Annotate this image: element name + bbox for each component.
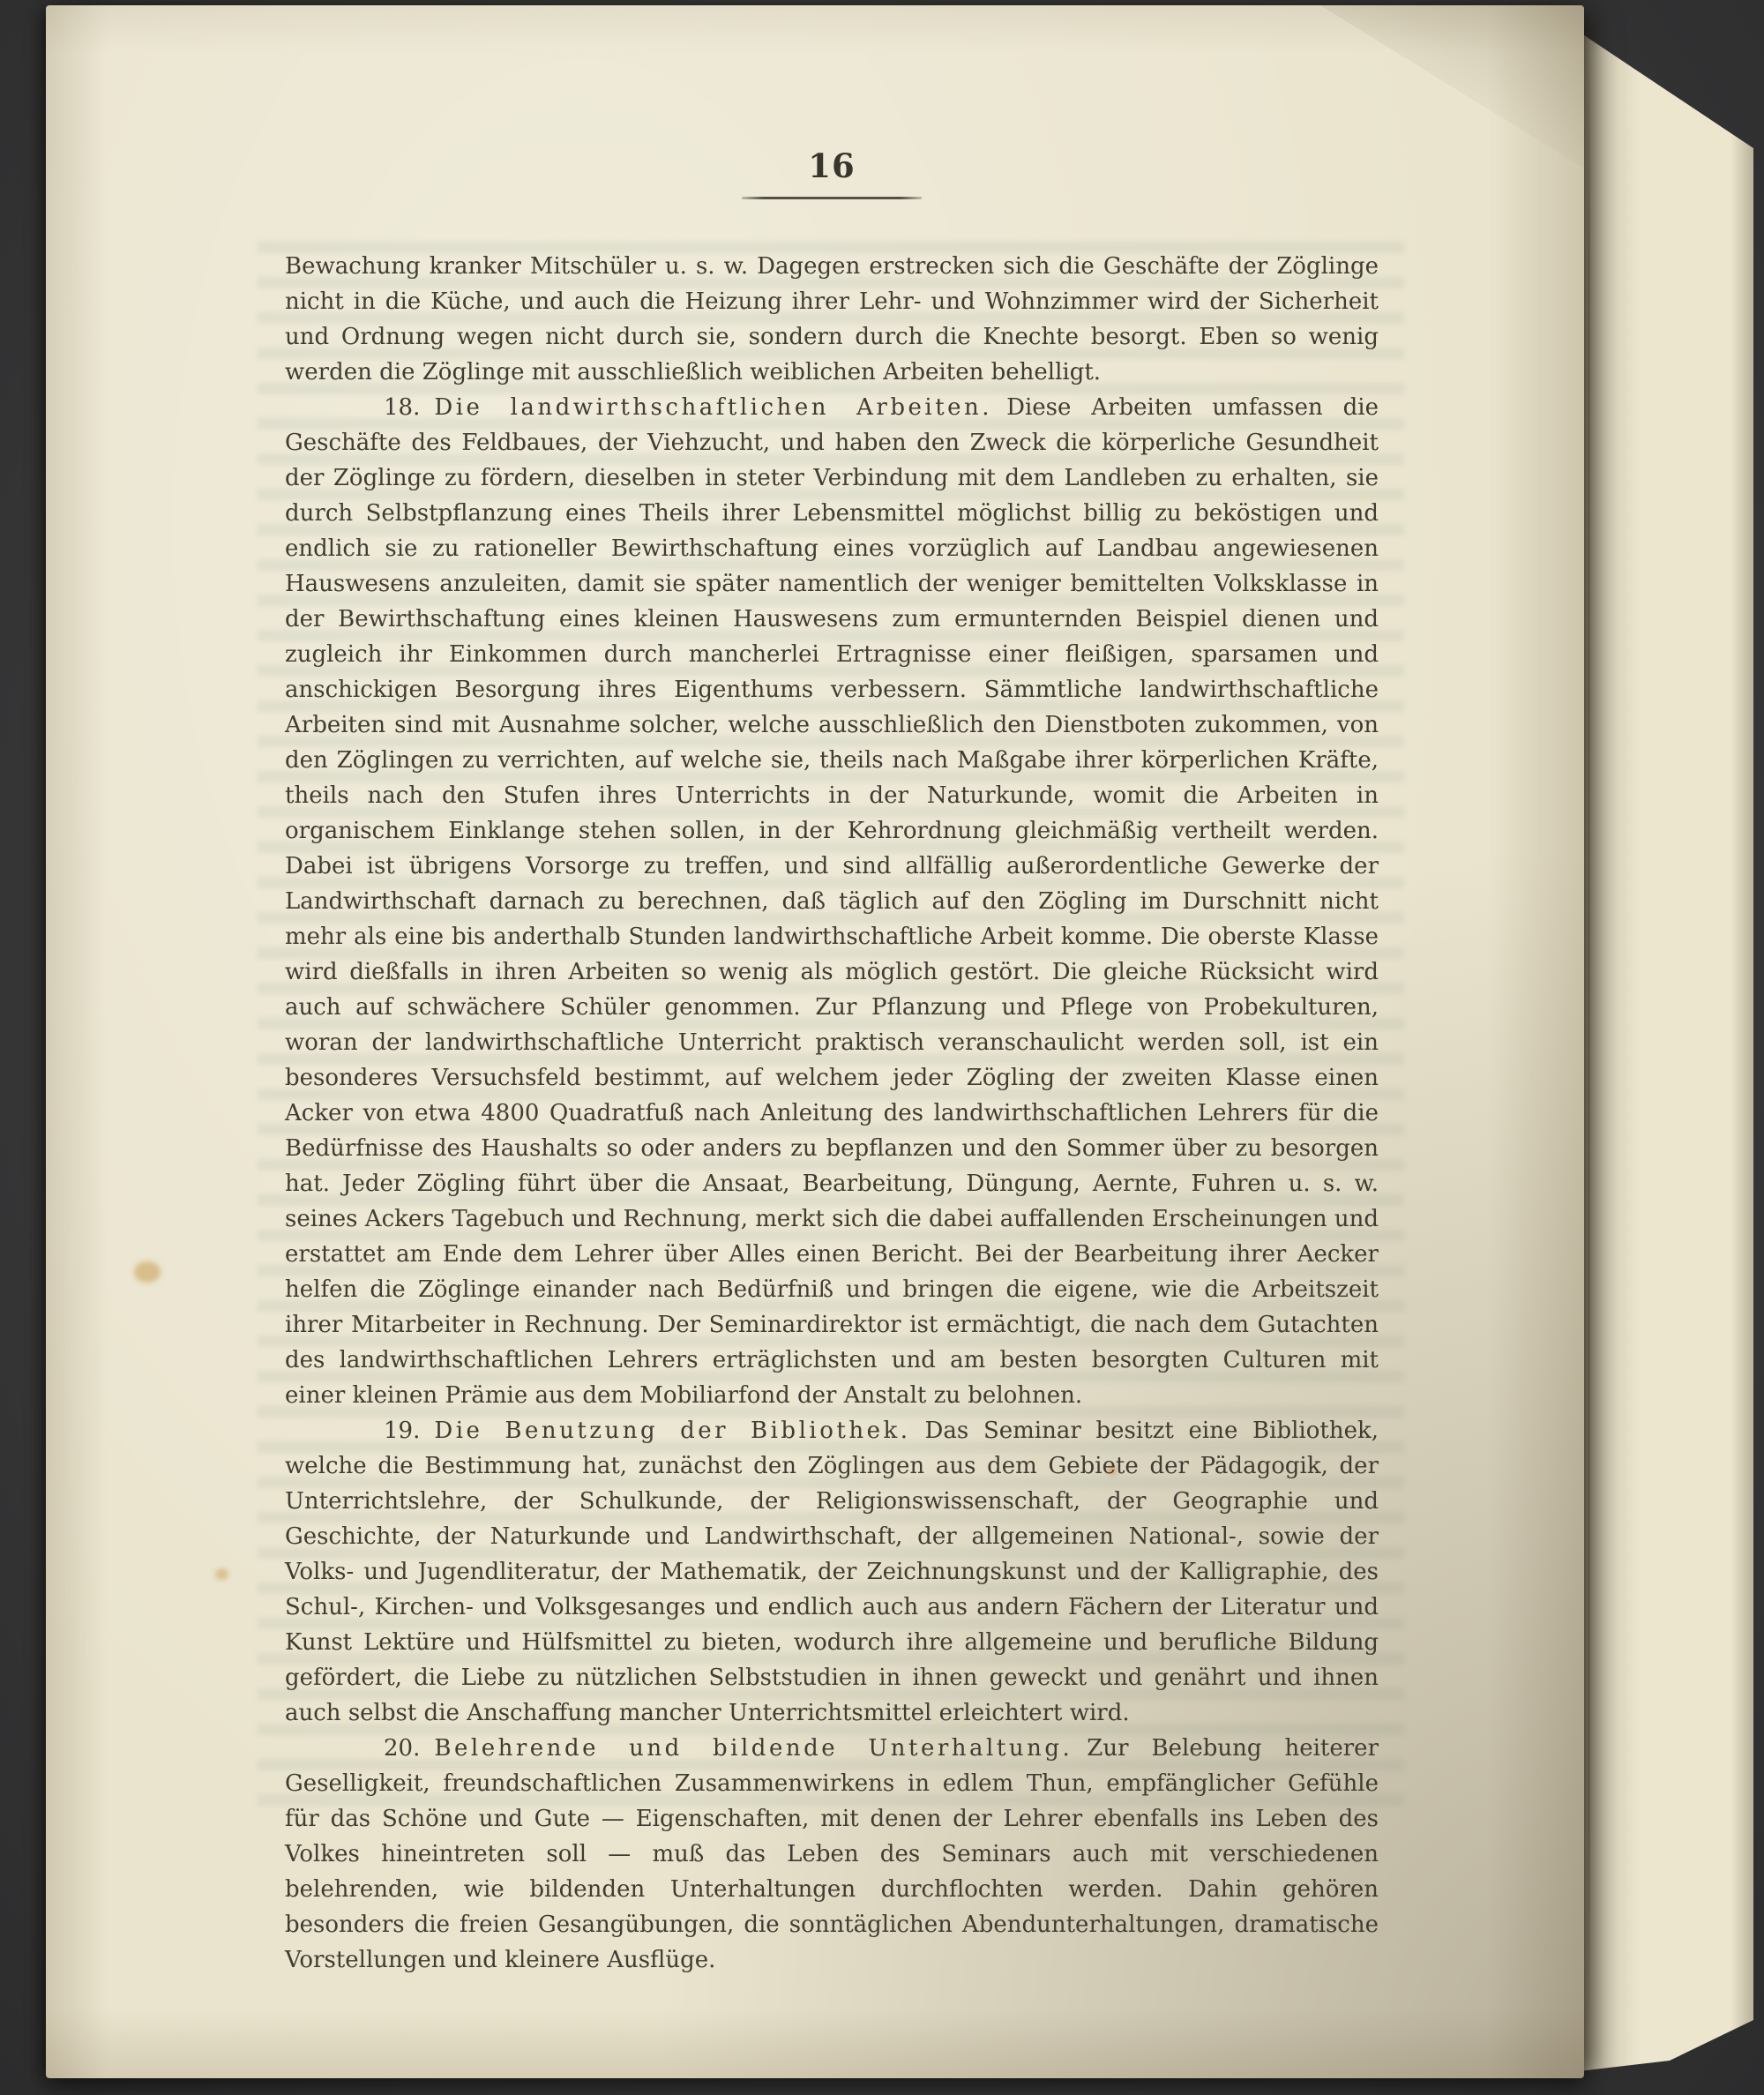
stain-spot [134, 1261, 161, 1283]
photo-backdrop: 16 Bewachung kranker Mitschüler u. s. w.… [0, 0, 1764, 2095]
page-number-rule [742, 197, 922, 199]
stain-spot [215, 1568, 228, 1580]
section-body: Das Seminar besitzt eine Bibliothek, wel… [285, 1418, 1379, 1726]
section-title: Belehrende und bildende Unterhaltung. [434, 1735, 1073, 1762]
section-body: Zur Belebung heiterer Geselligkeit, freu… [285, 1735, 1379, 1973]
paragraph-continuation: Bewachung kranker Mitschüler u. s. w. Da… [285, 249, 1379, 390]
section-paragraph-20: 20.Belehrende und bildende Unterhaltung.… [285, 1731, 1379, 1978]
page-number: 16 [285, 150, 1379, 183]
section-body: Diese Arbeiten umfassen die Geschäfte de… [285, 394, 1379, 1409]
section-number: 20. [384, 1735, 420, 1762]
section-paragraph-19: 19.Die Benutzung der Bibliothek.Das Semi… [285, 1413, 1379, 1731]
page-corner-crease [1284, 5, 1584, 168]
section-title: Die Benutzung der Bibliothek. [434, 1418, 910, 1444]
section-title: Die landwirthschaftlichen Arbeiten. [434, 394, 992, 421]
sheet-edge-line [1588, 53, 1590, 2029]
section-paragraph-18: 18.Die landwirthschaftlichen Arbeiten.Di… [285, 390, 1379, 1413]
page-header: 16 [285, 150, 1379, 199]
next-page-edge [1579, 0, 1753, 2095]
text-block: Bewachung kranker Mitschüler u. s. w. Da… [285, 249, 1379, 1978]
section-number: 19. [384, 1418, 420, 1444]
section-number: 18. [384, 394, 420, 421]
book-page: 16 Bewachung kranker Mitschüler u. s. w.… [46, 5, 1584, 2078]
